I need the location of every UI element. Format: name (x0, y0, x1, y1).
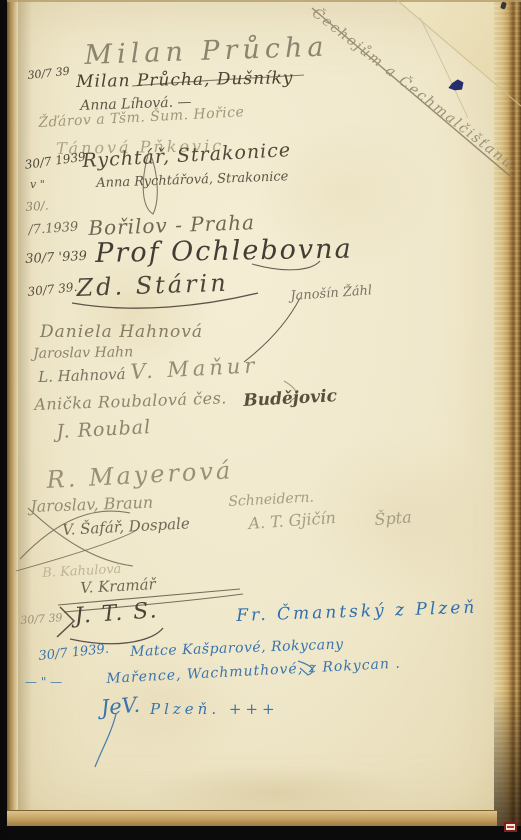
entry-signature: Daniela Hahnová (40, 324, 203, 341)
title-signature: Milan Průcha (84, 33, 329, 69)
entry-signature: V. Kramář (80, 577, 156, 596)
entry-signature: L. Hahnová (38, 367, 126, 385)
entry-signature: Milan Průcha, Dušníky (76, 70, 294, 91)
entry-signature: Bořilov - Praha (88, 212, 255, 238)
entry-side-note-ink: Plzeň. +++ (150, 702, 279, 717)
marker-bar (507, 826, 514, 828)
entry-side-note: Špta (374, 509, 412, 528)
entry-date: 30/7 '939 (25, 250, 87, 266)
entry-signature: Jaroslav Hahn (33, 345, 133, 361)
entry-signature: Zd. Stárin (76, 271, 229, 300)
entry-signature: J. Roubal (56, 418, 152, 442)
entry-date: 30/. (25, 199, 49, 213)
entry-side-note: Budějovic (243, 388, 337, 410)
entry-date: v " (30, 179, 45, 190)
entry-signature: Jaroslav, Braun (30, 495, 153, 515)
scanned-guestbook-page: Čechojům a Čechmalčišťanu. Milan Průcha … (0, 0, 521, 840)
entry-date-ink: — " — (25, 676, 62, 688)
entry-signature-ink: JeV. (100, 695, 141, 719)
red-rectangle-marker-icon (504, 822, 517, 832)
entry-date: 30/7 39 (20, 612, 63, 626)
entry-signature: J. T. S. (74, 600, 159, 628)
entry-signature: Prof Ochlebovna (95, 236, 353, 267)
entry-date: /7.1939 (28, 221, 79, 237)
